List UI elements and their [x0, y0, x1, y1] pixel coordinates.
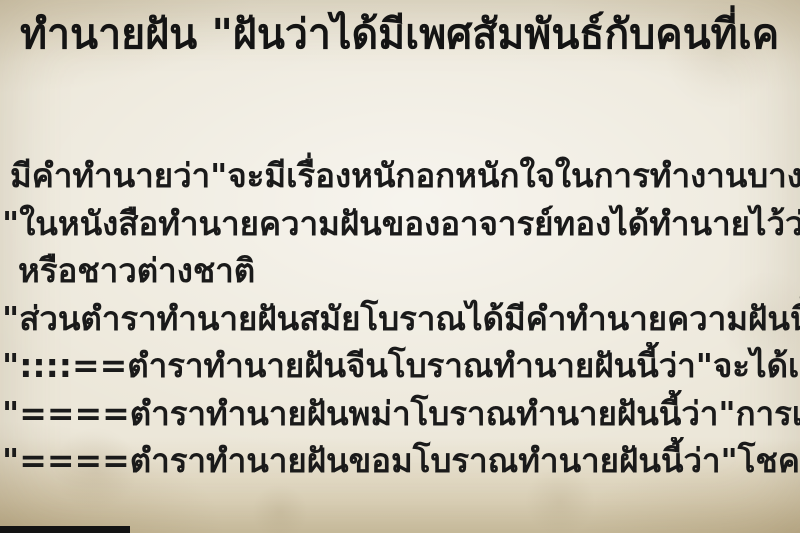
body-line: "====ตำราทำนายฝันพม่าโบราณทำนายฝันนี้ว่า… [0, 390, 800, 438]
body-line: "====ตำราทำนายฝันขอมโบราณทำนายฝันนี้ว่า"… [0, 437, 800, 485]
body-text: มีคำทำนายว่า"จะมีเรื่องหนักอกหนักใจในการ… [0, 152, 800, 485]
body-line: หรือชาวต่างชาติ [0, 247, 800, 295]
body-line: "ส่วนตำราทำนายฝันสมัยโบราณได้มีคำทำนายคว… [0, 295, 800, 343]
body-line: "::::==ตำราทำนายฝันจีนโบราณทำนายฝันนี้ว่… [0, 342, 800, 390]
partial-next-line-bar [0, 526, 130, 533]
body-line: "ในหนังสือทำนายความฝันของอาจารย์ทองได้ทำ… [0, 200, 800, 248]
body-line: มีคำทำนายว่า"จะมีเรื่องหนักอกหนักใจในการ… [0, 152, 800, 200]
page-title: ทำนายฝัน "ฝันว่าได้มีเพศสัมพันธ์กับคนที่… [20, 2, 800, 66]
dream-interpretation-page: ทำนายฝัน "ฝันว่าได้มีเพศสัมพันธ์กับคนที่… [0, 0, 800, 533]
